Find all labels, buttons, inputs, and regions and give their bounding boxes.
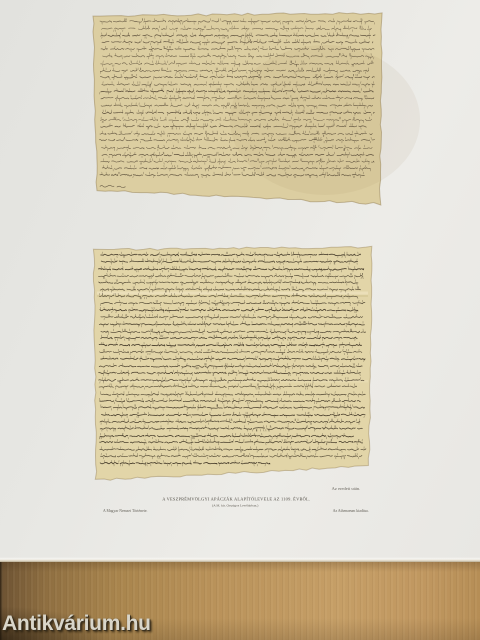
facsimile-plate bbox=[0, 0, 480, 562]
manuscript-latin-facsimile bbox=[93, 246, 372, 480]
manuscript-greek-facsimile bbox=[93, 13, 420, 205]
watermark: Antikvárium.hu bbox=[2, 612, 151, 636]
book-photo-stage: Az eredeti után. A VESZPRÉMVÖLGYI APÁCZÁ… bbox=[0, 0, 480, 640]
book-page: Az eredeti után. A VESZPRÉMVÖLGYI APÁCZÁ… bbox=[0, 0, 480, 562]
